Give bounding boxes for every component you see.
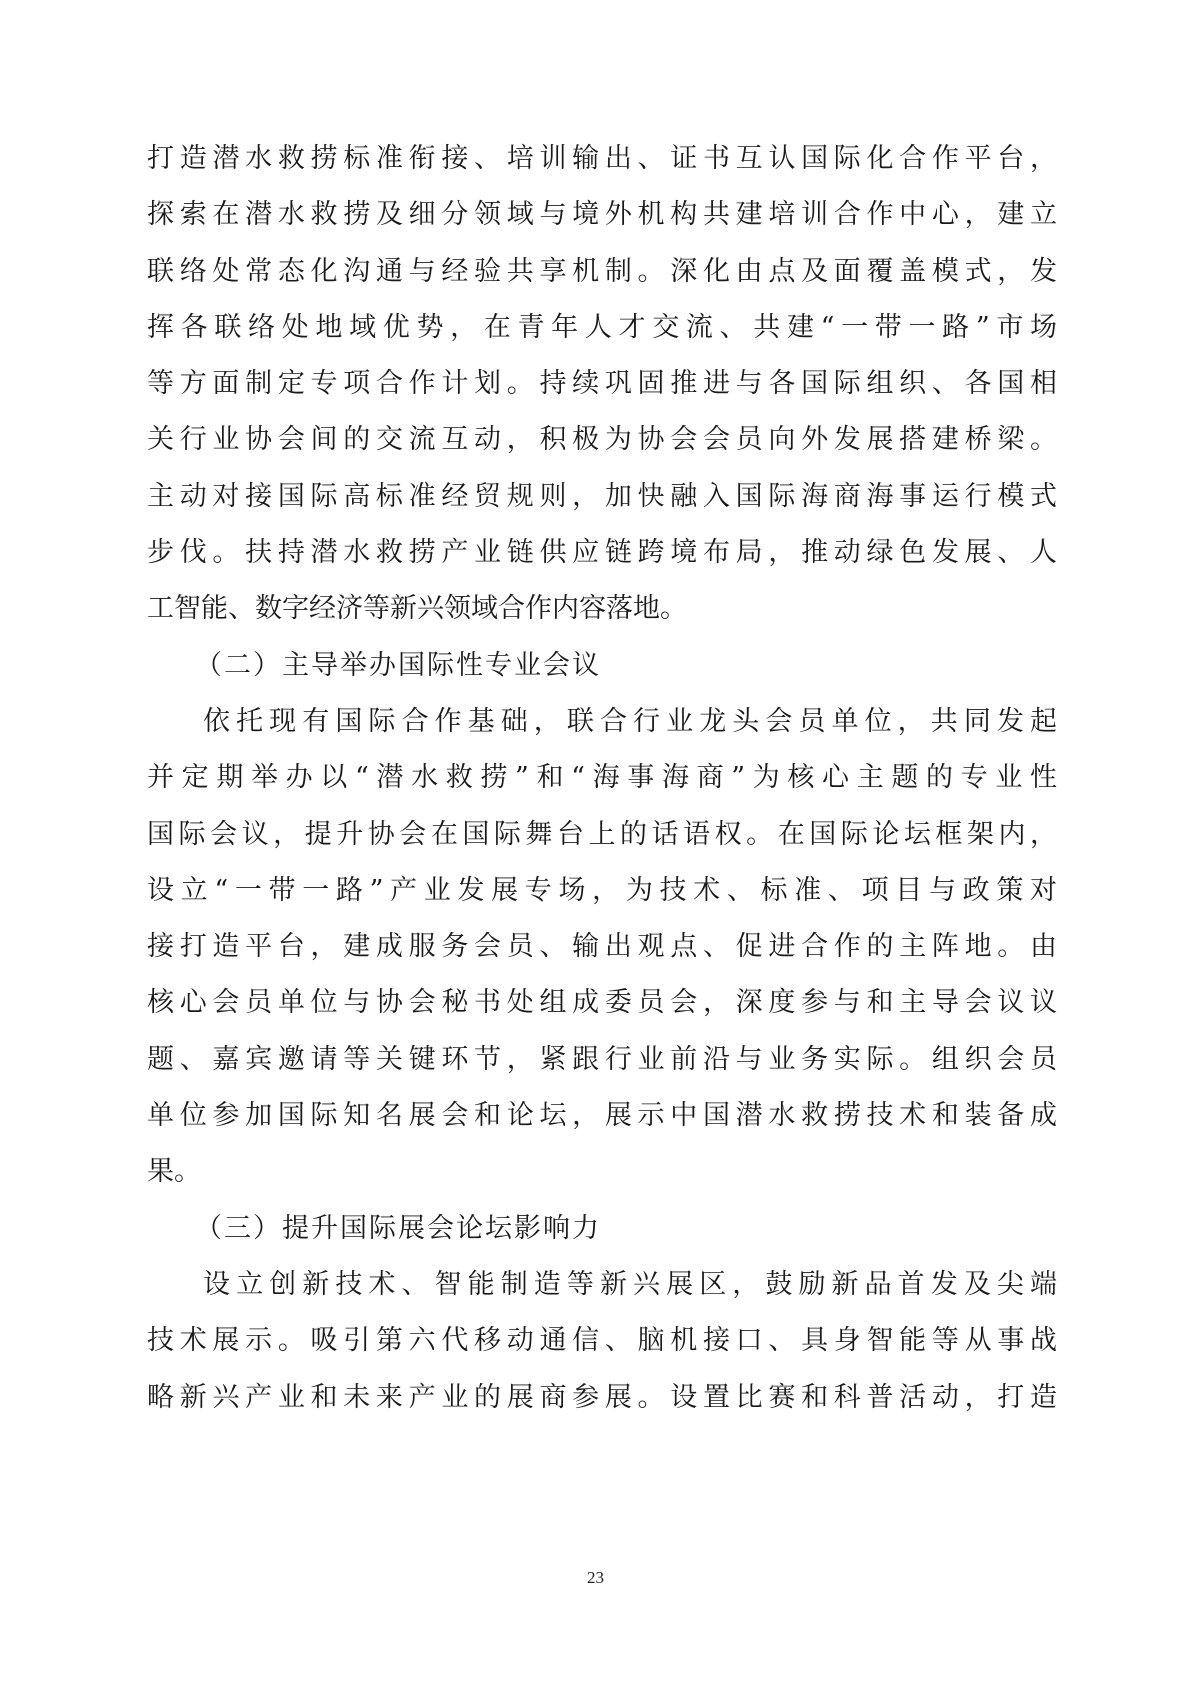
text-line: 挥各联络处地域优势，在青年人才交流、共建“一带一路”市场 (147, 300, 1057, 356)
text-line: 步伐。扶持潜水救捞产业链供应链跨境布局，推动绿色发展、人 (147, 525, 1057, 581)
text-line: 国际会议，提升协会在国际舞台上的话语权。在国际论坛框架内， (147, 807, 1057, 863)
text-line: 设立“一带一路”产业发展专场，为技术、标准、项目与政策对 (147, 863, 1057, 919)
text-line: 等方面制定专项合作计划。持续巩固推进与各国际组织、各国相 (147, 356, 1057, 412)
document-body: 打造潜水救捞标准衔接、培训输出、证书互认国际化合作平台， 探索在潜水救捞及细分领… (147, 131, 1057, 1426)
text-line: 联络处常态化沟通与经验共享机制。深化由点及面覆盖模式，发 (147, 244, 1057, 300)
text-line: 设立创新技术、智能制造等新兴展区，鼓励新品首发及尖端 (147, 1257, 1057, 1313)
text-line: 略新兴产业和未来产业的展商参展。设置比赛和科普活动，打造 (147, 1370, 1057, 1426)
text-line: 打造潜水救捞标准衔接、培训输出、证书互认国际化合作平台， (147, 131, 1057, 187)
text-line: 工智能、数字经济等新兴领域合作内容落地。 (147, 581, 1057, 637)
text-line: 单位参加国际知名展会和论坛，展示中国潜水救捞技术和装备成 (147, 1088, 1057, 1144)
text-line: 果。 (147, 1144, 1057, 1200)
section-heading-2: （二）主导举办国际性专业会议 (147, 638, 1057, 694)
text-line: 题、嘉宾邀请等关键环节，紧跟行业前沿与业务实际。组织会员 (147, 1032, 1057, 1088)
section-heading-3: （三）提升国际展会论坛影响力 (147, 1201, 1057, 1257)
page-number: 23 (0, 1568, 1191, 1588)
text-line: 接打造平台，建成服务会员、输出观点、促进合作的主阵地。由 (147, 919, 1057, 975)
text-line: 主动对接国际高标准经贸规则，加快融入国际海商海事运行模式 (147, 469, 1057, 525)
text-line: 关行业协会间的交流互动，积极为协会会员向外发展搭建桥梁。 (147, 412, 1057, 468)
document-page: 打造潜水救捞标准衔接、培训输出、证书互认国际化合作平台， 探索在潜水救捞及细分领… (0, 0, 1191, 1685)
text-line: 核心会员单位与协会秘书处组成委员会，深度参与和主导会议议 (147, 975, 1057, 1031)
text-line: 技术展示。吸引第六代移动通信、脑机接口、具身智能等从事战 (147, 1313, 1057, 1369)
text-line: 依托现有国际合作基础，联合行业龙头会员单位，共同发起 (147, 694, 1057, 750)
text-line: 探索在潜水救捞及细分领域与境外机构共建培训合作中心，建立 (147, 187, 1057, 243)
text-line: 并定期举办以“潜水救捞”和“海事海商”为核心主题的专业性 (147, 750, 1057, 806)
